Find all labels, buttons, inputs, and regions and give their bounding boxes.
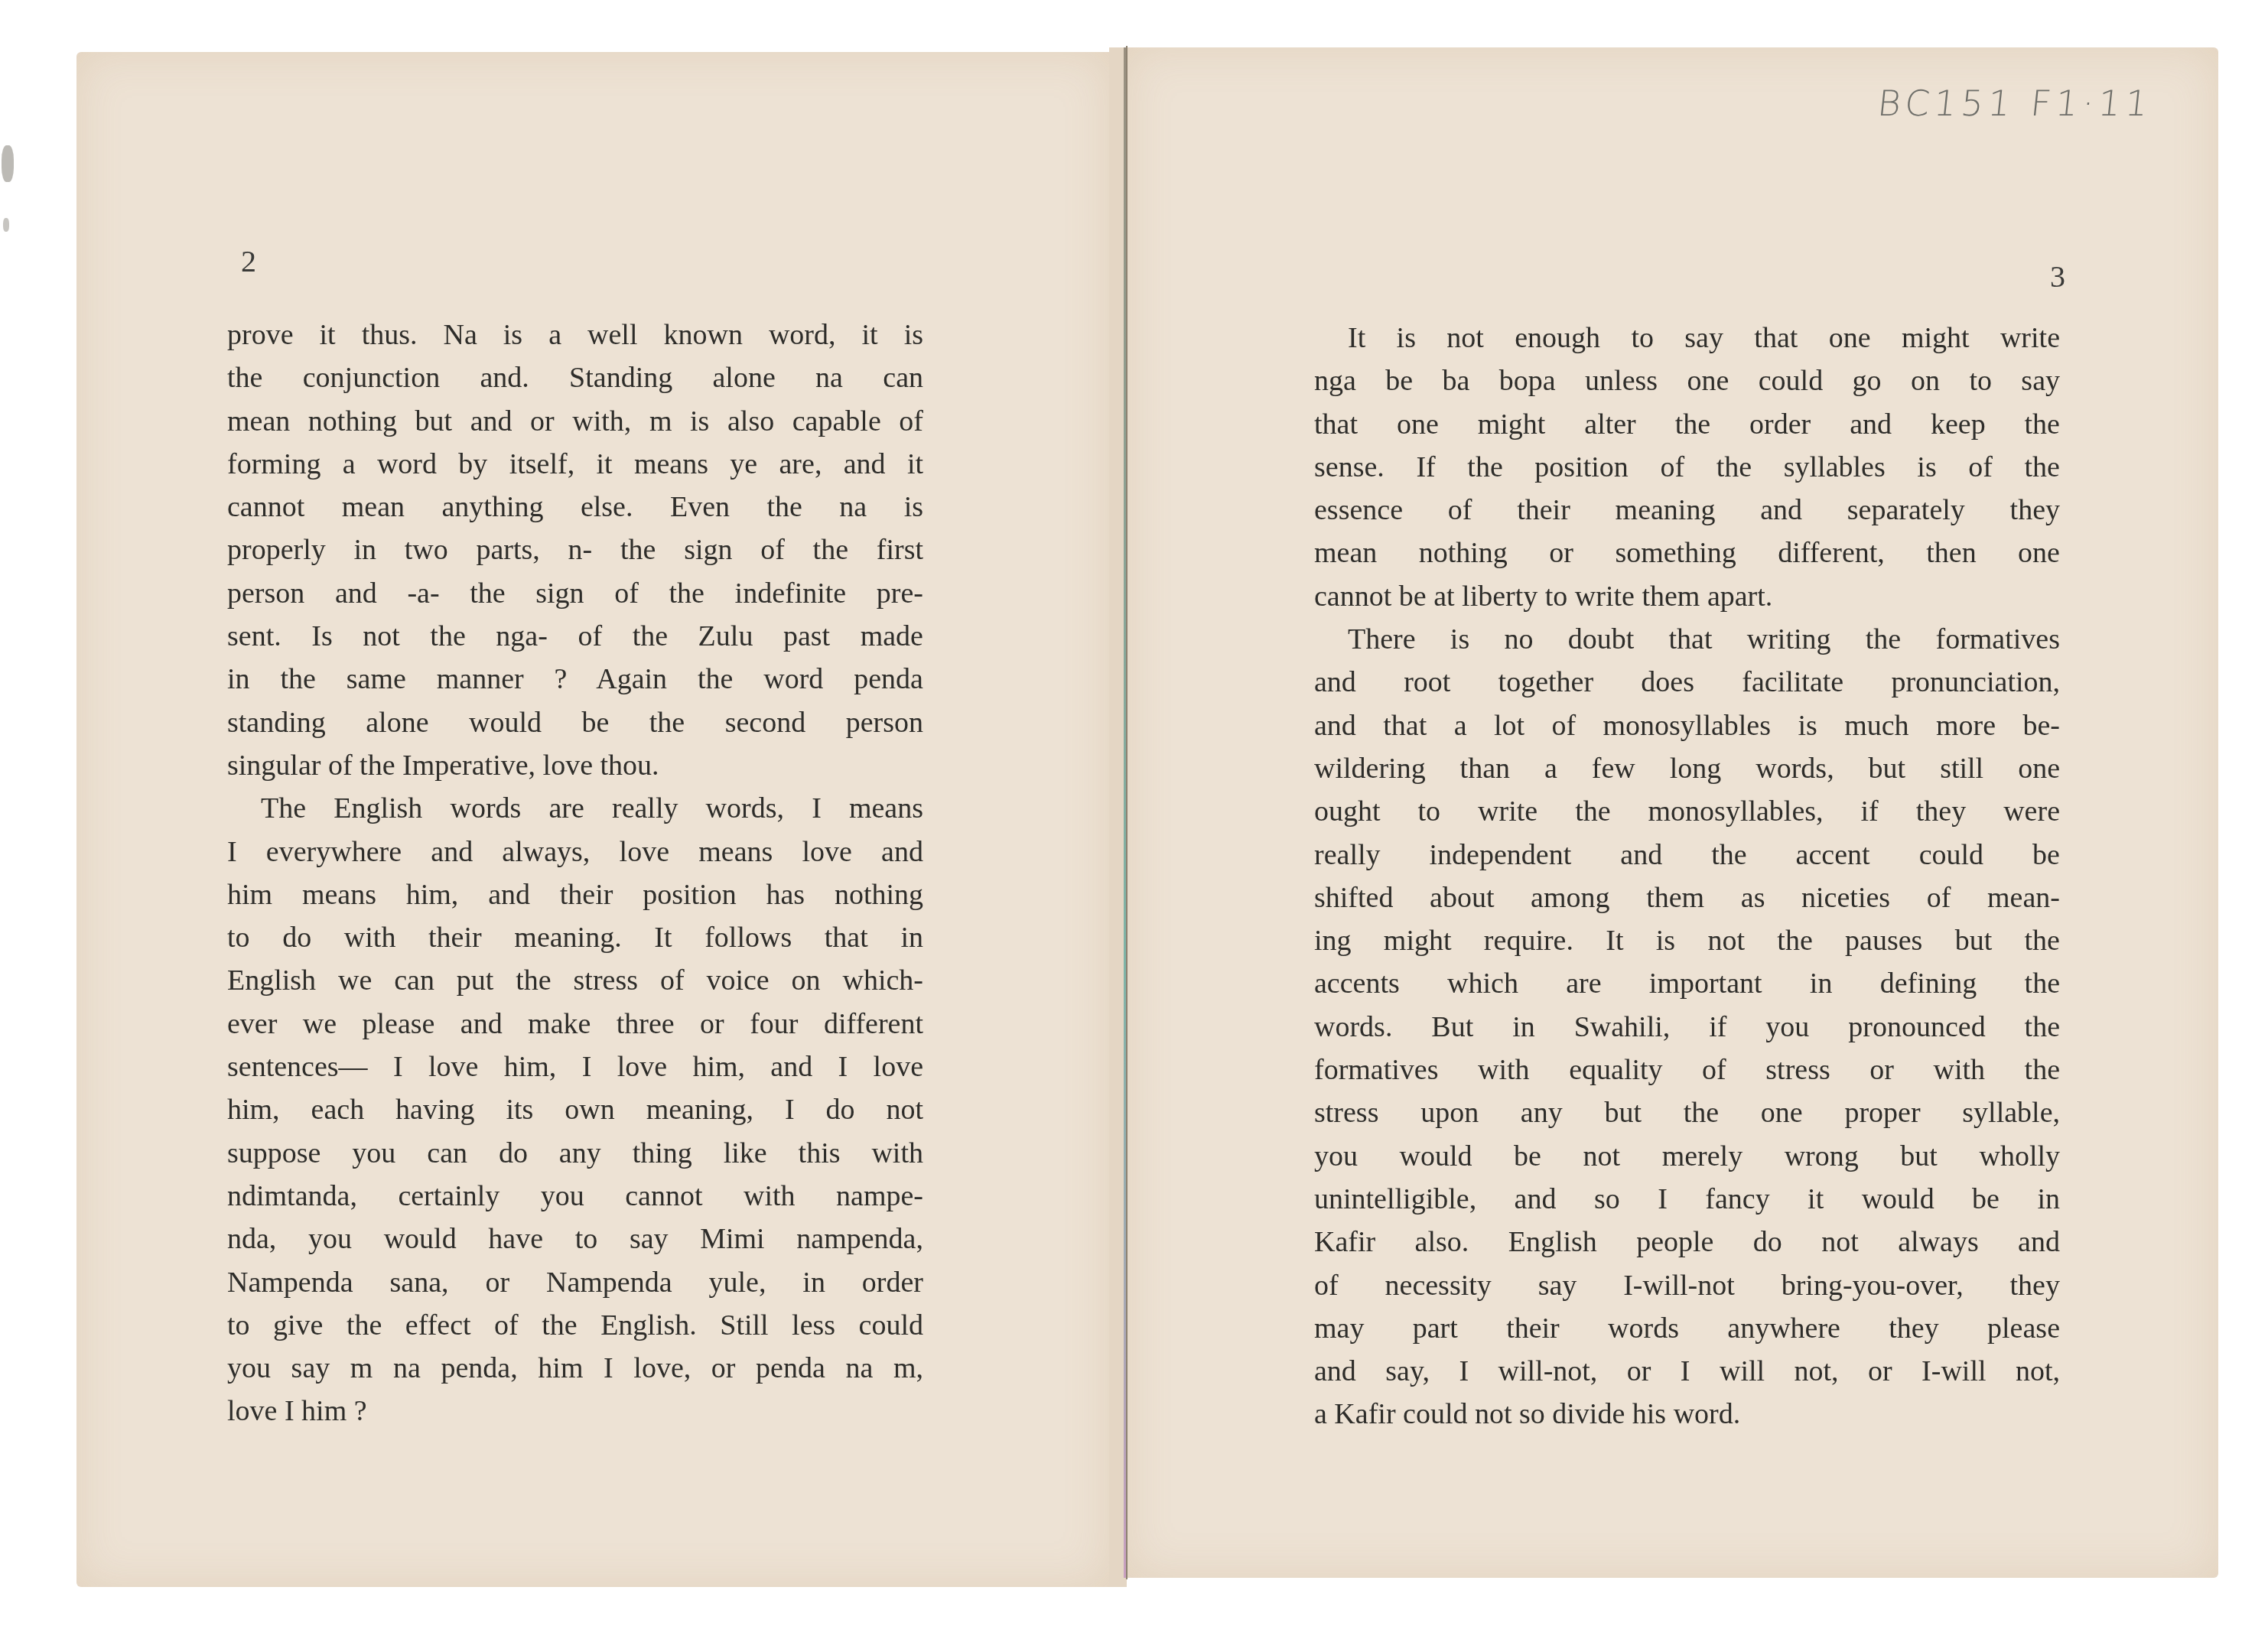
text-line: sent. Is not the nga- of the Zulu past m… [227, 615, 923, 658]
text-line: to give the effect of the English. Still… [227, 1304, 923, 1347]
text-line: essence of their meaning and separately … [1314, 489, 2060, 532]
text-line: ought to write the monosyllables, if the… [1314, 790, 2060, 833]
page-number-left: 2 [241, 243, 256, 279]
text-line: formatives with equality of stress or wi… [1314, 1049, 2060, 1091]
text-line: prove it thus. Na is a well known word, … [227, 314, 923, 356]
text-line: and say, I will-not, or I will not, or I… [1314, 1350, 2060, 1393]
text-line: properly in two parts, n- the sign of th… [227, 528, 923, 571]
text-line: There is no doubt that writing the forma… [1314, 618, 2060, 661]
text-line: of necessity say I-will-not bring-you-ov… [1314, 1264, 2060, 1307]
text-line: shifted about among them as niceties of … [1314, 876, 2060, 919]
text-line: suppose you can do any thing like this w… [227, 1132, 923, 1175]
text-line: cannot mean anything else. Even the na i… [227, 486, 923, 528]
text-line: unintelligible, and so I fancy it would … [1314, 1178, 2060, 1221]
text-line: stress upon any but the one proper sylla… [1314, 1091, 2060, 1134]
text-line: person and -a- the sign of the indefinit… [227, 572, 923, 615]
text-line: ever we please and make three or four di… [227, 1003, 923, 1046]
paper-debris [3, 218, 9, 232]
text-line: words. But in Swahili, if you pronounced… [1314, 1006, 2060, 1049]
text-line: singular of the Imperative, love thou. [227, 744, 923, 787]
text-line: really independent and the accent could … [1314, 834, 2060, 876]
pencil-catalog-note: BC151 F1·11 [1876, 83, 2154, 124]
text-line: to do with their meaning. It follows tha… [227, 916, 923, 959]
text-line: the conjunction and. Standing alone na c… [227, 356, 923, 399]
text-line: ing might require. It is not the pauses … [1314, 919, 2060, 962]
text-line: you would be not merely wrong but wholly [1314, 1135, 2060, 1178]
page-number-right: 3 [2050, 259, 2065, 294]
text-line: him, each having its own meaning, I do n… [227, 1088, 923, 1131]
right-page-body-text: It is not enough to say that one might w… [1314, 317, 2060, 1436]
text-line: accents which are important in defining … [1314, 962, 2060, 1005]
text-line: you say m na penda, him I love, or penda… [227, 1347, 923, 1390]
text-line: in the same manner ? Again the word pend… [227, 658, 923, 701]
text-line: The English words are really words, I me… [227, 787, 923, 830]
text-line: love I him ? [227, 1390, 923, 1432]
text-line: forming a word by itself, it means ye ar… [227, 443, 923, 486]
text-line: I everywhere and always, love means love… [227, 831, 923, 873]
text-line: him means him, and their position has no… [227, 873, 923, 916]
text-line: nda, you would have to say Mimi nampenda… [227, 1218, 923, 1260]
text-line: Kafir also. English people do not always… [1314, 1221, 2060, 1263]
text-line: a Kafir could not so divide his word. [1314, 1393, 2060, 1436]
text-line: sentences— I love him, I love him, and I… [227, 1046, 923, 1088]
text-line: mean nothing but and or with, m is also … [227, 400, 923, 443]
text-line: nga be ba bopa unless one could go on to… [1314, 359, 2060, 402]
paper-debris [2, 145, 14, 182]
text-line: Nampenda sana, or Nampenda yule, in orde… [227, 1261, 923, 1304]
text-line: standing alone would be the second perso… [227, 701, 923, 744]
text-line: and that a lot of monosyllables is much … [1314, 704, 2060, 747]
text-line: that one might alter the order and keep … [1314, 403, 2060, 446]
text-line: mean nothing or something different, the… [1314, 532, 2060, 574]
page-fold-line [1126, 46, 1127, 1579]
text-line: ndimtanda, certainly you cannot with nam… [227, 1175, 923, 1218]
text-line: sense. If the position of the syllables … [1314, 446, 2060, 489]
text-line: It is not enough to say that one might w… [1314, 317, 2060, 359]
text-line: and root together does facilitate pronun… [1314, 661, 2060, 704]
left-page-body-text: prove it thus. Na is a well known word, … [227, 314, 923, 1433]
text-line: cannot be at liberty to write them apart… [1314, 575, 2060, 618]
text-line: wildering than a few long words, but sti… [1314, 747, 2060, 790]
text-line: English we can put the stress of voice o… [227, 959, 923, 1002]
text-line: may part their words anywhere they pleas… [1314, 1307, 2060, 1350]
